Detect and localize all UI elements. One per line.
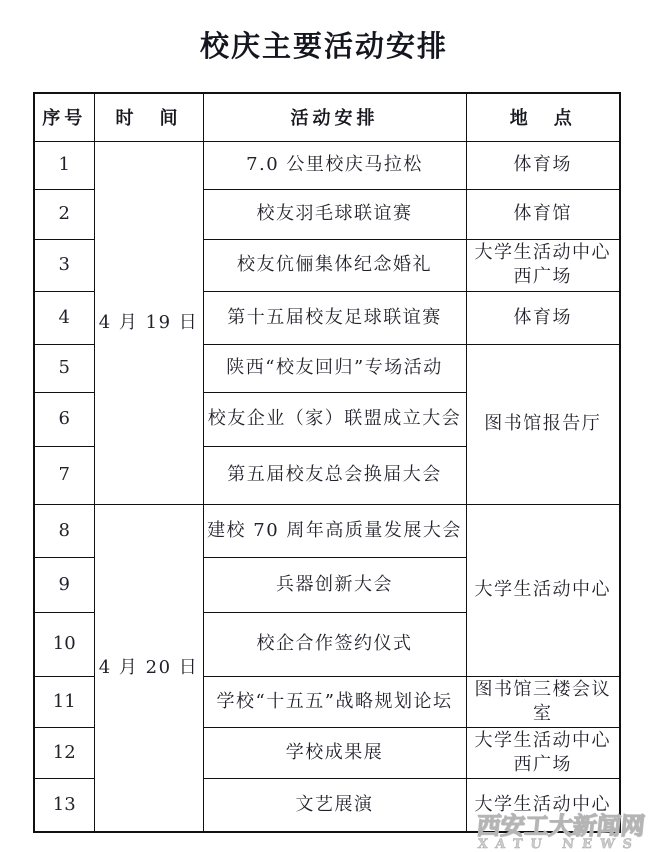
activity-cell: 校友企业（家）联盟成立大会 [203,392,466,446]
col-header-time: 时 间 [94,93,203,141]
col-header-no: 序号 [34,93,94,141]
col-header-venue: 地 点 [466,93,620,141]
row-no: 7 [34,446,94,504]
col-header-activity: 活动安排 [203,93,466,141]
page-title: 校庆主要活动安排 [0,24,648,65]
venue-cell: 图书馆三楼会议 室 [466,676,620,727]
row-no: 2 [34,189,94,239]
venue-cell: 大学生活动中心 西广场 [466,727,620,778]
row-no: 6 [34,392,94,446]
activity-cell: 学校成果展 [203,727,466,778]
venue-cell: 体育场 [466,141,620,189]
activity-cell: 建校 70 周年高质量发展大会 [203,504,466,557]
activity-cell: 陕西“校友回归”专场活动 [203,344,466,392]
activity-cell: 校友伉俪集体纪念婚礼 [203,239,466,291]
venue-cell-library-hall: 图书馆报告厅 [466,344,620,504]
venue-cell: 大学生活动中心 [466,778,620,832]
row-no: 1 [34,141,94,189]
activity-cell: 第十五届校友足球联谊赛 [203,291,466,344]
activity-cell: 7.0 公里校庆马拉松 [203,141,466,189]
time-cell-apr-19: 4 月 19 日 [94,141,203,504]
activity-cell: 第五届校友总会换届大会 [203,446,466,504]
activity-cell: 校友羽毛球联谊赛 [203,189,466,239]
row-no: 8 [34,504,94,557]
activity-cell: 学校“十五五”战略规划论坛 [203,676,466,727]
row-no: 10 [34,612,94,676]
row-no: 4 [34,291,94,344]
time-cell-apr-20: 4 月 20 日 [94,504,203,832]
activity-schedule-table: 序号 时 间 活动安排 地 点 1 4 月 19 日 7.0 公里校庆马拉松 体… [33,92,621,833]
venue-cell: 体育馆 [466,189,620,239]
table-row: 1 4 月 19 日 7.0 公里校庆马拉松 体育场 [34,141,620,189]
venue-cell-student-center: 大学生活动中心 [466,504,620,676]
watermark-english-text: XATU NEWS [474,838,643,852]
row-no: 11 [34,676,94,727]
row-no: 3 [34,239,94,291]
row-no: 12 [34,727,94,778]
activity-cell: 校企合作签约仪式 [203,612,466,676]
venue-cell: 大学生活动中心 西广场 [466,239,620,291]
row-no: 13 [34,778,94,832]
activity-cell: 文艺展演 [203,778,466,832]
header-row: 序号 时 间 活动安排 地 点 [34,93,620,141]
row-no: 5 [34,344,94,392]
venue-cell: 体育场 [466,291,620,344]
activity-cell: 兵器创新大会 [203,557,466,612]
row-no: 9 [34,557,94,612]
table-row: 8 4 月 20 日 建校 70 周年高质量发展大会 大学生活动中心 [34,504,620,557]
